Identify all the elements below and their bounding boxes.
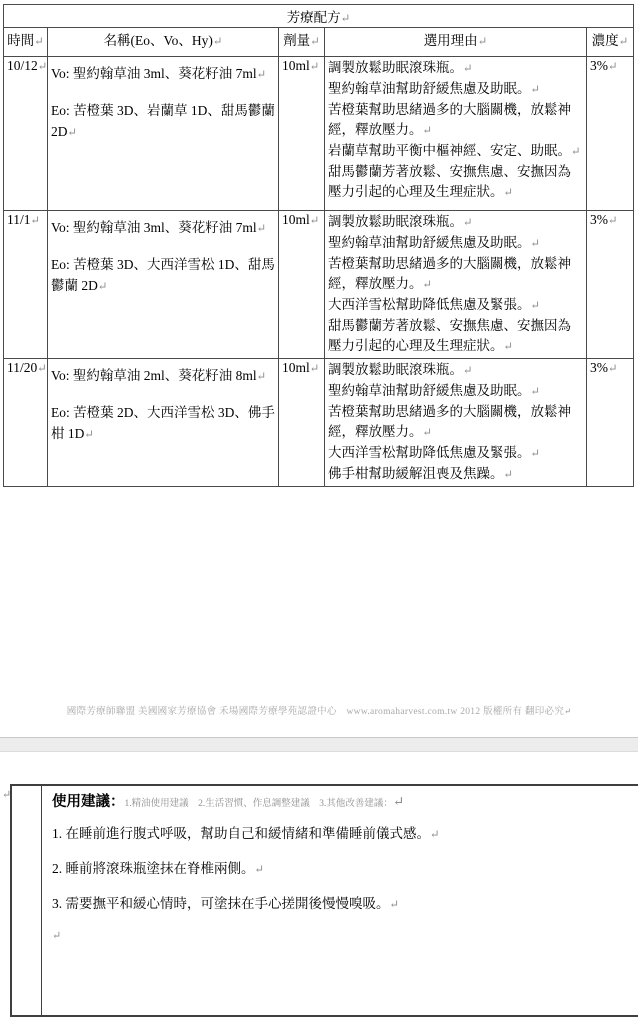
paragraph-mark: ↵	[463, 217, 473, 229]
reason-line: 苦橙葉幫助思緒過多的大腦關機，放鬆神經，釋放壓力。↵	[328, 100, 583, 141]
col-header-name: 名稱(Eo、Vo、Hy)↵	[48, 28, 279, 57]
reason-line: 佛手柑幫助緩解沮喪及焦躁。↵	[328, 464, 583, 485]
time-cell: 10/12↵	[4, 57, 48, 211]
paragraph-mark: ↵	[531, 448, 541, 460]
paragraph-mark: ↵	[430, 829, 440, 841]
paragraph-mark: ↵	[310, 363, 320, 375]
page-break-band	[0, 737, 638, 752]
paragraph-mark: ↵	[619, 36, 629, 48]
vo-paragraph: Vo: 聖約翰草油 3ml、葵花籽油 7ml↵	[51, 212, 275, 245]
time-cell: 11/1↵	[4, 211, 48, 359]
paragraph-mark: ↵	[463, 63, 473, 75]
dose-cell: 10ml↵	[279, 57, 325, 211]
paragraph-mark: ↵	[310, 215, 320, 227]
reason-line: 大西洋雪松幫助降低焦慮及緊張。↵	[328, 295, 583, 316]
paragraph-mark: ↵	[310, 61, 320, 73]
paragraph-mark: ↵	[31, 215, 41, 227]
table-row: 11/1↵Vo: 聖約翰草油 3ml、葵花籽油 7ml↵Eo: 苦橙葉 3D、大…	[4, 211, 634, 359]
reason-line: 聖約翰草油幫助舒緩焦慮及助眠。↵	[328, 233, 583, 254]
col-header-label: 時間	[7, 33, 34, 48]
paragraph-mark: ↵	[393, 794, 404, 809]
eo-paragraph: Eo: 苦橙葉 2D、大西洋雪松 3D、佛手柑 1D↵	[51, 402, 275, 446]
paragraph-mark: ↵	[34, 36, 44, 48]
time-cell: 11/20↵	[4, 359, 48, 487]
dose-value: 10ml	[282, 58, 310, 73]
paragraph-mark: ↵	[423, 125, 433, 137]
time-value: 11/20	[7, 360, 37, 375]
paragraph-mark: ↵	[478, 36, 488, 48]
paragraph-mark: ↵	[571, 146, 581, 158]
paragraph-mark: ↵	[504, 341, 514, 353]
reason-line: 聖約翰草油幫助舒緩焦慮及助眠。↵	[328, 79, 583, 100]
advice-heading-line: 使用建議：1.精油使用建議 2.生活習慣、作息調整建議 3.其他改善建議：↵	[52, 793, 638, 813]
advice-box: 使用建議：1.精油使用建議 2.生活習慣、作息調整建議 3.其他改善建議：↵ 1…	[10, 784, 638, 1017]
name-cell: Vo: 聖約翰草油 3ml、葵花籽油 7ml↵Eo: 苦橙葉 3D、大西洋雪松 …	[48, 211, 279, 359]
col-header-label: 濃度	[592, 33, 619, 48]
reason-cell: 調製放鬆助眠滾珠瓶。↵聖約翰草油幫助舒緩焦慮及助眠。↵苦橙葉幫助思緒過多的大腦關…	[325, 57, 587, 211]
paragraph-mark: ↵	[213, 36, 223, 48]
advice-main-cell: 使用建議：1.精油使用建議 2.生活習慣、作息調整建議 3.其他改善建議：↵ 1…	[42, 786, 638, 1015]
paragraph-mark: ↵	[68, 127, 78, 139]
paragraph-mark: ↵	[531, 300, 541, 312]
paragraph-mark: ↵	[341, 13, 351, 25]
paragraph-mark: ↵	[52, 929, 638, 942]
reason-line: 調製放鬆助眠滾珠瓶。↵	[328, 360, 583, 381]
paragraph-mark: ↵	[504, 469, 514, 481]
paragraph-mark: ↵	[608, 215, 618, 227]
paragraph-mark: ↵	[390, 899, 400, 911]
dose-cell: 10ml↵	[279, 211, 325, 359]
eo-paragraph: Eo: 苦橙葉 3D、岩蘭草 1D、甜馬鬱蘭 2D↵	[51, 100, 275, 144]
vo-paragraph: Vo: 聖約翰草油 3ml、葵花籽油 7ml↵	[51, 58, 275, 91]
paragraph-mark: ↵	[531, 386, 541, 398]
table-header-row: 時間↵ 名稱(Eo、Vo、Hy)↵ 劑量↵ 選用理由↵ 濃度↵	[4, 28, 634, 57]
reason-cell: 調製放鬆助眠滾珠瓶。↵聖約翰草油幫助舒緩焦慮及助眠。↵苦橙葉幫助思緒過多的大腦關…	[325, 211, 587, 359]
reason-line: 大西洋雪松幫助降低焦慮及緊張。↵	[328, 443, 583, 464]
advice-item-list: 1. 在睡前進行腹式呼吸，幫助自己和緩情緒和準備睡前儀式感。↵2. 睡前將滾珠瓶…	[52, 824, 638, 915]
advice-item: 1. 在睡前進行腹式呼吸，幫助自己和緩情緒和準備睡前儀式感。↵	[52, 824, 638, 845]
concentration-value: 3%	[590, 58, 608, 73]
paragraph-mark: ↵	[608, 61, 618, 73]
paragraph-mark: ↵	[257, 223, 267, 235]
reason-line: 甜馬鬱蘭芳著放鬆、安撫焦慮、安撫因為壓力引起的心理及生理症狀。↵	[328, 316, 583, 357]
reason-line: 甜馬鬱蘭芳著放鬆、安撫焦慮、安撫因為壓力引起的心理及生理症狀。↵	[328, 162, 583, 203]
paragraph-mark: ↵	[423, 427, 433, 439]
table-title-row: 芳療配方↵	[4, 5, 634, 28]
paragraph-mark: ↵	[255, 864, 265, 876]
reason-line: 岩蘭草幫助平衡中樞神經、安定、助眠。↵	[328, 141, 583, 162]
advice-item: 3. 需要撫平和緩心情時，可塗抹在手心搓開後慢慢嗅吸。↵	[52, 894, 638, 915]
col-header-reason: 選用理由↵	[325, 28, 587, 57]
reason-line: 調製放鬆助眠滾珠瓶。↵	[328, 212, 583, 233]
paragraph-mark: ↵	[463, 365, 473, 377]
reason-cell: 調製放鬆助眠滾珠瓶。↵聖約翰草油幫助舒緩焦慮及助眠。↵苦橙葉幫助思緒過多的大腦關…	[325, 359, 587, 487]
table-row: 10/12↵Vo: 聖約翰草油 3ml、葵花籽油 7ml↵Eo: 苦橙葉 3D、…	[4, 57, 634, 211]
footer-credits: 國際芳療師聯盟 美國國家芳療協會 禾場國際芳療學苑認證中心 www.aromah…	[0, 703, 638, 717]
paragraph-mark: ↵	[37, 363, 47, 375]
table-row: 11/20↵Vo: 聖約翰草油 2ml、葵花籽油 8ml↵Eo: 苦橙葉 2D、…	[4, 359, 634, 487]
col-header-label: 名稱(Eo、Vo、Hy)	[104, 33, 213, 48]
dose-value: 10ml	[282, 360, 310, 375]
concentration-cell: 3%↵	[587, 359, 634, 487]
col-header-label: 選用理由	[424, 33, 478, 48]
concentration-cell: 3%↵	[587, 57, 634, 211]
advice-heading: 使用建議：	[52, 794, 125, 810]
col-header-label: 劑量	[283, 33, 310, 48]
footer-text: 國際芳療師聯盟 美國國家芳療協會 禾場國際芳療學苑認證中心 www.aromah…	[67, 707, 564, 717]
time-value: 11/1	[7, 212, 31, 227]
advice-left-cell	[12, 786, 42, 1015]
reason-line: 調製放鬆助眠滾珠瓶。↵	[328, 58, 583, 79]
dose-cell: 10ml↵	[279, 359, 325, 487]
eo-paragraph: Eo: 苦橙葉 3D、大西洋雪松 1D、甜馬鬱蘭 2D↵	[51, 254, 275, 298]
concentration-value: 3%	[590, 212, 608, 227]
paragraph-mark: ↵	[257, 69, 267, 81]
reason-line: 苦橙葉幫助思緒過多的大腦關機，放鬆神經，釋放壓力。↵	[328, 254, 583, 295]
concentration-value: 3%	[590, 360, 608, 375]
time-value: 10/12	[7, 58, 38, 73]
name-cell: Vo: 聖約翰草油 3ml、葵花籽油 7ml↵Eo: 苦橙葉 3D、岩蘭草 1D…	[48, 57, 279, 211]
formula-table: 芳療配方↵ 時間↵ 名稱(Eo、Vo、Hy)↵ 劑量↵ 選用理由↵ 濃度↵ 10…	[3, 4, 634, 487]
paragraph-mark: ↵	[531, 84, 541, 96]
paragraph-mark: ↵	[257, 371, 267, 383]
table-title: 芳療配方↵	[4, 5, 634, 28]
advice-subheading: 1.精油使用建議 2.生活習慣、作息調整建議 3.其他改善建議：	[125, 799, 393, 809]
paragraph-mark: ↵	[423, 279, 433, 291]
col-header-dose: 劑量↵	[279, 28, 325, 57]
paragraph-mark: ↵	[531, 238, 541, 250]
col-header-time: 時間↵	[4, 28, 48, 57]
paragraph-mark: ↵	[564, 707, 571, 716]
reason-line: 苦橙葉幫助思緒過多的大腦關機，放鬆神經，釋放壓力。↵	[328, 402, 583, 443]
col-header-concentration: 濃度↵	[587, 28, 634, 57]
concentration-cell: 3%↵	[587, 211, 634, 359]
paragraph-mark: ↵	[608, 363, 618, 375]
paragraph-mark: ↵	[504, 187, 514, 199]
paragraph-mark: ↵	[38, 61, 48, 73]
paragraph-mark: ↵	[310, 36, 320, 48]
dose-value: 10ml	[282, 212, 310, 227]
paragraph-mark: ↵	[98, 281, 108, 293]
table-title-text: 芳療配方	[287, 10, 341, 25]
paragraph-mark: ↵	[84, 429, 94, 441]
name-cell: Vo: 聖約翰草油 2ml、葵花籽油 8ml↵Eo: 苦橙葉 2D、大西洋雪松 …	[48, 359, 279, 487]
vo-paragraph: Vo: 聖約翰草油 2ml、葵花籽油 8ml↵	[51, 360, 275, 393]
advice-item: 2. 睡前將滾珠瓶塗抹在脊椎兩側。↵	[52, 859, 638, 880]
reason-line: 聖約翰草油幫助舒緩焦慮及助眠。↵	[328, 381, 583, 402]
